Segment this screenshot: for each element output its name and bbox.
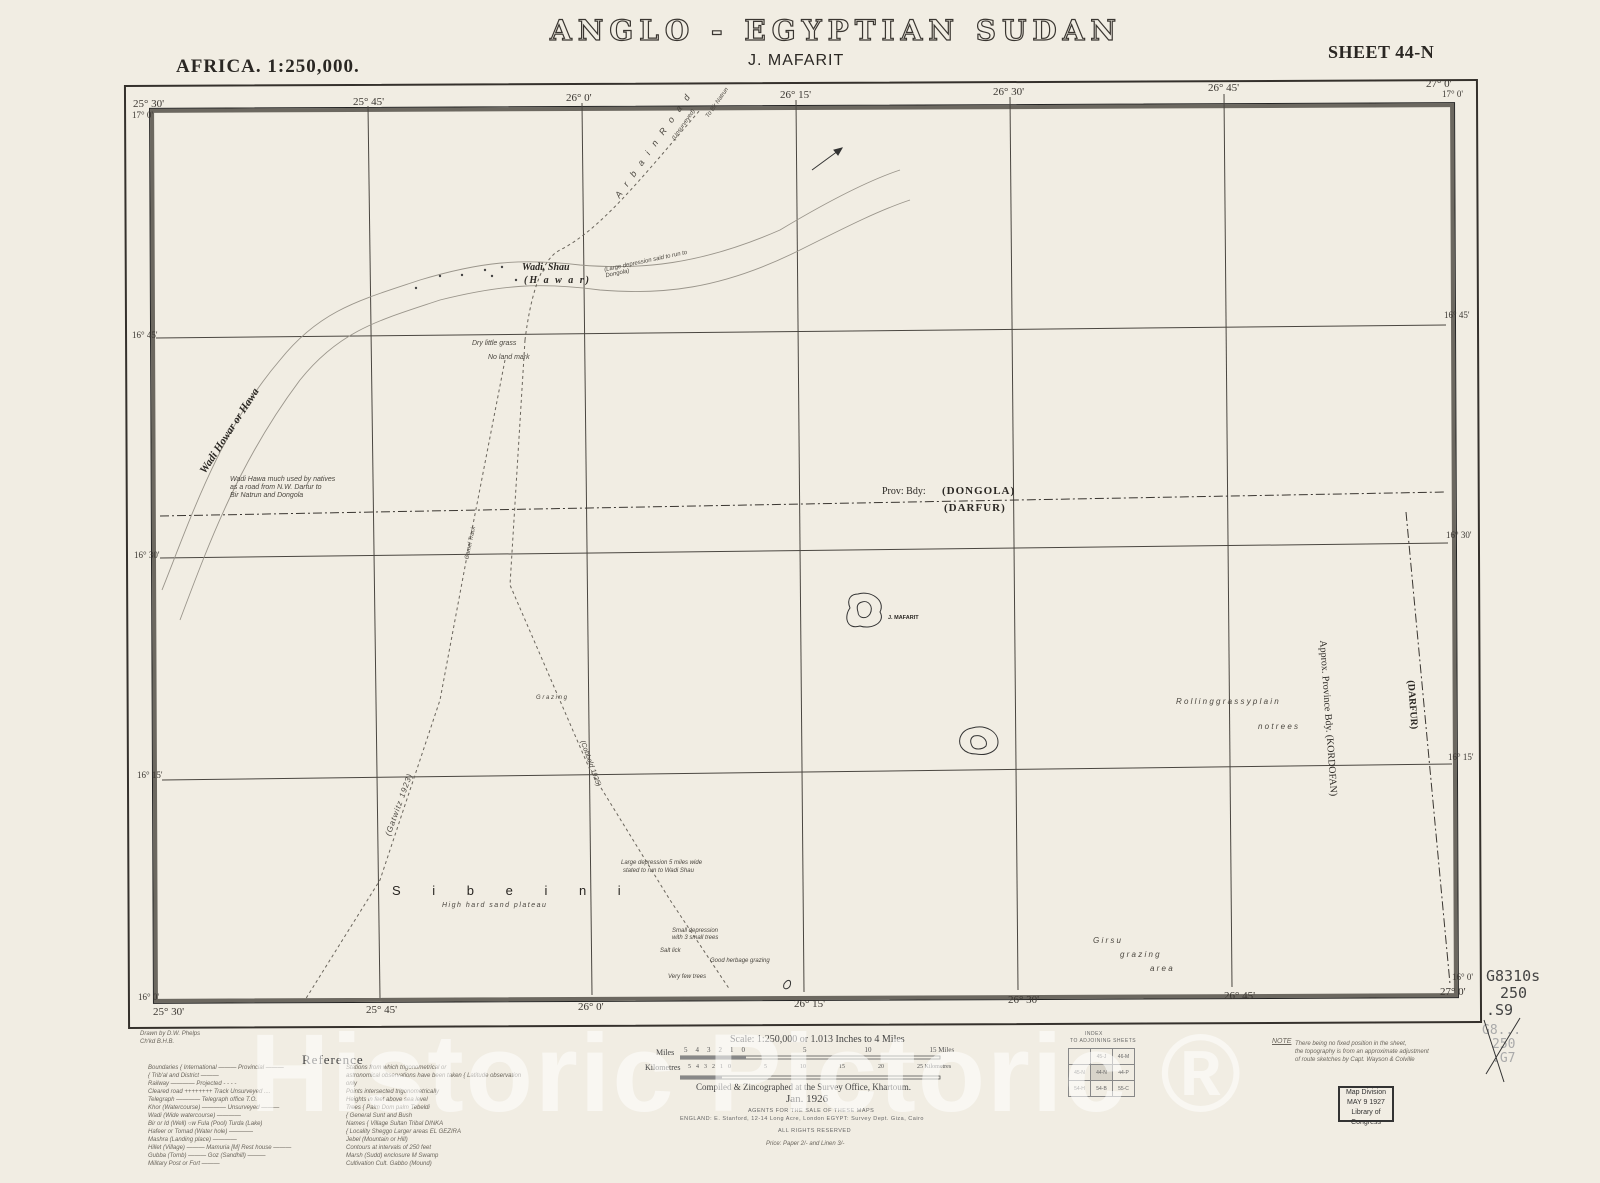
label-sibeini-desc: High hard sand plateau [442, 902, 547, 909]
note-line: the topography is from an approximate ad… [1295, 1048, 1495, 1056]
label-small-depression-2: with 3 small trees [672, 935, 718, 941]
ref-item: Military Post or Fort ——— [148, 1160, 328, 1168]
label-good-herbage: Good herbage grazing [710, 958, 770, 964]
drawn-by-line-2: Ch'kd B.H.B. [140, 1038, 200, 1046]
call-number: G8310s 250 .S9 [1486, 968, 1540, 1019]
note-line: of route sketches by Capt. Wayson & Colv… [1295, 1056, 1495, 1064]
strike-through-mark [1480, 1016, 1530, 1086]
label-j-mafarit: J. MAFARIT [888, 615, 919, 621]
label-girsu-2: g r a z i n g [1120, 950, 1160, 959]
ref-item: Mashra (Landing place) ———— [148, 1136, 328, 1144]
label-dongola: (DONGOLA) [942, 485, 1015, 497]
note-text: There being no fixed position in the she… [1295, 1040, 1495, 1064]
label-grazing: G r a z i n g [536, 695, 567, 701]
label-sibeini: S i b e i n i [392, 883, 635, 898]
label-very-few-trees: Very few trees [668, 974, 706, 980]
label-depression-shau-1: Large depression 5 miles wide [621, 860, 702, 866]
label-salt-lick: Salt lick [660, 948, 681, 954]
call-number-line: 250 [1486, 985, 1540, 1002]
ref-item: Marsh (Sudd) enclosure M Swamp [346, 1152, 526, 1160]
price-note: Price: Paper 2/- and Linen 3/- [766, 1140, 844, 1148]
ref-item: Jebel (Mountain or Hill) [346, 1136, 526, 1144]
library-stamp: Map Division MAY 9 1927 Library of Congr… [1338, 1086, 1394, 1122]
label-wadi-hawa-note-1: Wadi Hawa much used by natives [230, 476, 335, 483]
label-wadi-shau: Wadi, Shau [522, 262, 570, 273]
label-no-trees: n o t r e e s [1258, 722, 1298, 731]
stamp-line: Map Division [1340, 1088, 1392, 1098]
note-line: There being no fixed position in the she… [1295, 1040, 1495, 1048]
label-depression-shau-2: stated to run to Wadi Shau [623, 868, 694, 874]
label-prov-bdy: Prov: Bdy: [882, 486, 926, 497]
label-darfur: (DARFUR) [944, 502, 1006, 514]
label-hawar: (H a w a r) [524, 275, 591, 286]
ref-item: Cultivation Cult. Gabbo (Mound) [346, 1160, 526, 1168]
watermark: Historic Pictoric ® [250, 1010, 1243, 1137]
stamp-line: MAY 9 1927 [1340, 1098, 1392, 1108]
ref-item: Hillet (Village) ——— Mamuria [M] Rest ho… [148, 1144, 328, 1152]
label-wadi-hawa-note-3: Bir Natrun and Dongola [230, 492, 303, 499]
drawn-by-line-1: Drawn by D.W. Phelps [140, 1030, 200, 1038]
call-number-line: G8310s [1486, 968, 1540, 985]
note-label: NOTE [1272, 1038, 1291, 1046]
stamp-line: Library of Congress [1340, 1108, 1392, 1128]
label-wadi-hawa-note-2: as a road from N.W. Darfur to [230, 484, 322, 491]
label-no-land-mark: No land mark [488, 354, 530, 361]
drawn-by: Drawn by D.W. Phelps Ch'kd B.H.B. [140, 1030, 200, 1046]
map-linework [0, 0, 1600, 1183]
label-rolling-plain: R o l l i n g g r a s s y p l a i n [1176, 697, 1279, 706]
label-girsu-3: a r e a [1150, 964, 1173, 973]
ref-item: Contours at intervals of 250 feet [346, 1144, 526, 1152]
label-girsu-1: G i r s u [1093, 936, 1121, 945]
label-small-depression-1: Small depression [672, 928, 718, 934]
label-dry-grass: Dry little grass [472, 340, 516, 347]
ref-item: Gubba (Tomb) ——— Goz (Sandhill) ——— [148, 1152, 328, 1160]
